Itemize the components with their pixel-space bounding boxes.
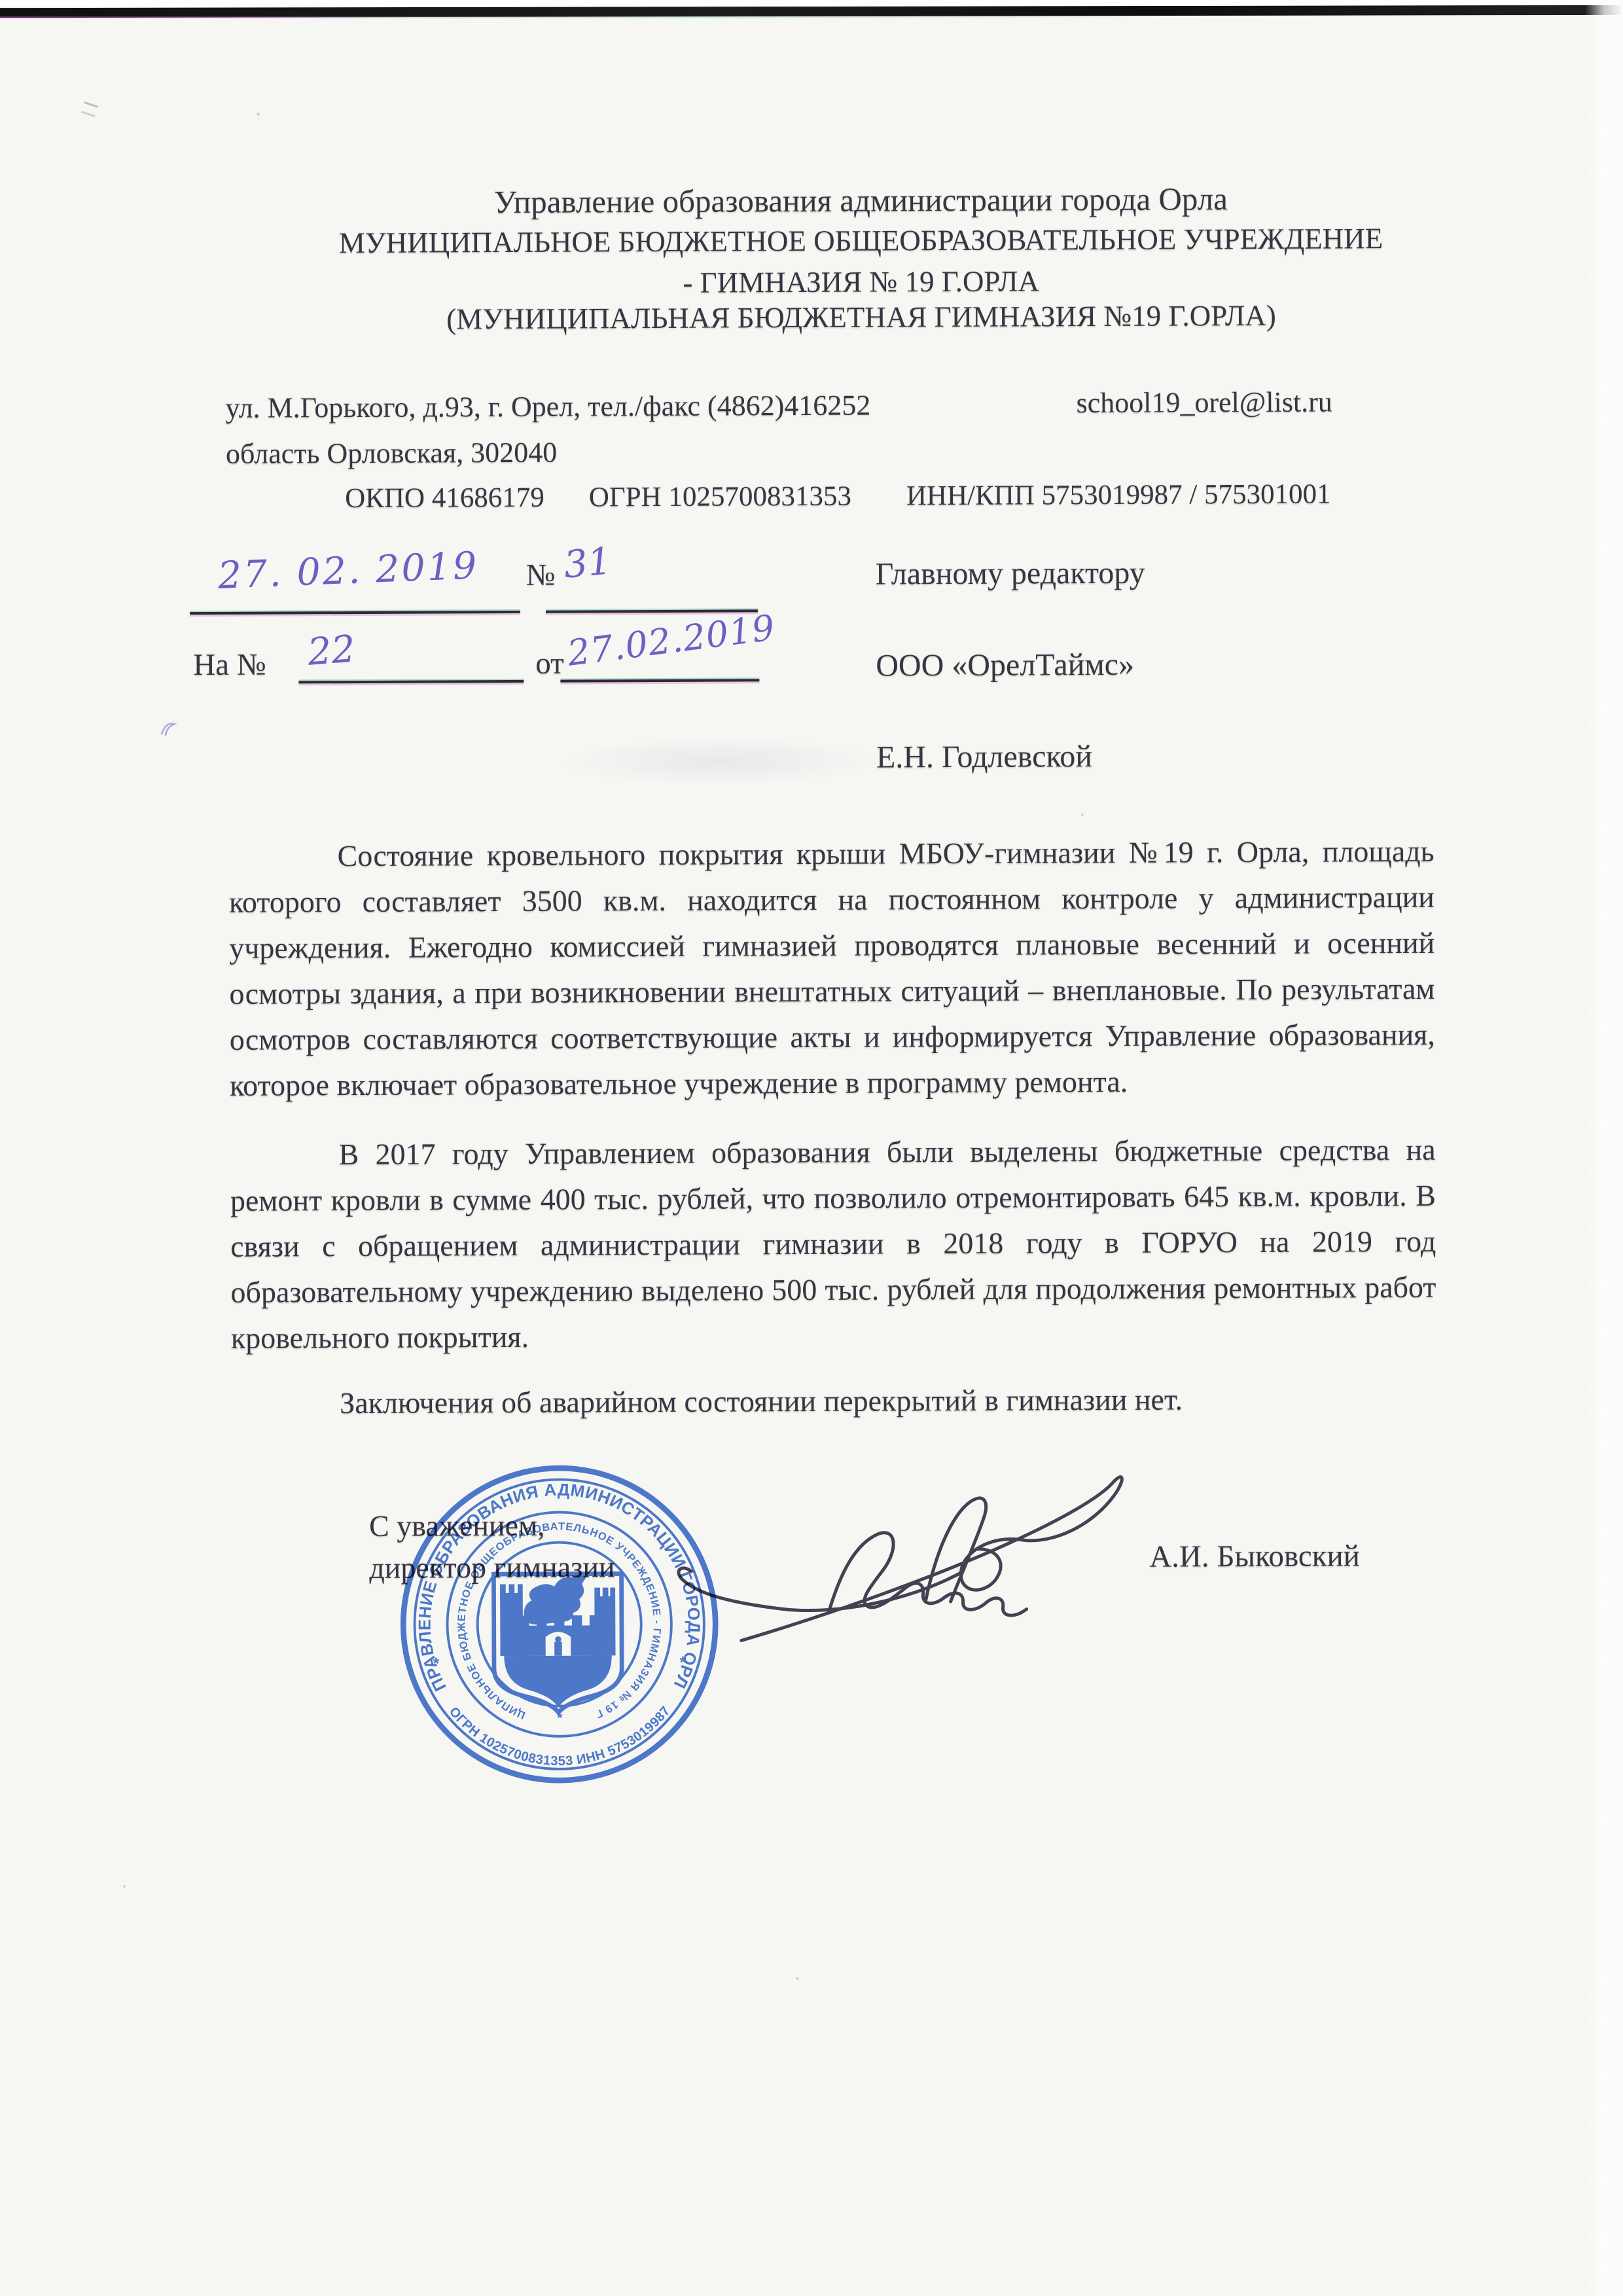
scan-edge-color-fringe <box>0 16 1136 18</box>
page-content: Управление образования администрации гор… <box>0 0 1623 2296</box>
signature-tail <box>679 1567 961 1611</box>
scan-speck <box>1081 814 1084 816</box>
signature-scrawl <box>0 0 1623 2296</box>
scan-speck <box>460 1412 463 1416</box>
scan-ghost-smudge <box>556 736 883 787</box>
scan-speck <box>123 1885 126 1888</box>
signature-flourish-loop <box>741 1477 1123 1641</box>
ink-margin-mark <box>159 719 179 738</box>
scan-speck <box>257 113 260 116</box>
scanned-letter-page: Управление образования администрации гор… <box>0 0 1623 2296</box>
scan-edge-right-white <box>1585 0 1623 2296</box>
scan-speck <box>796 1977 799 1980</box>
